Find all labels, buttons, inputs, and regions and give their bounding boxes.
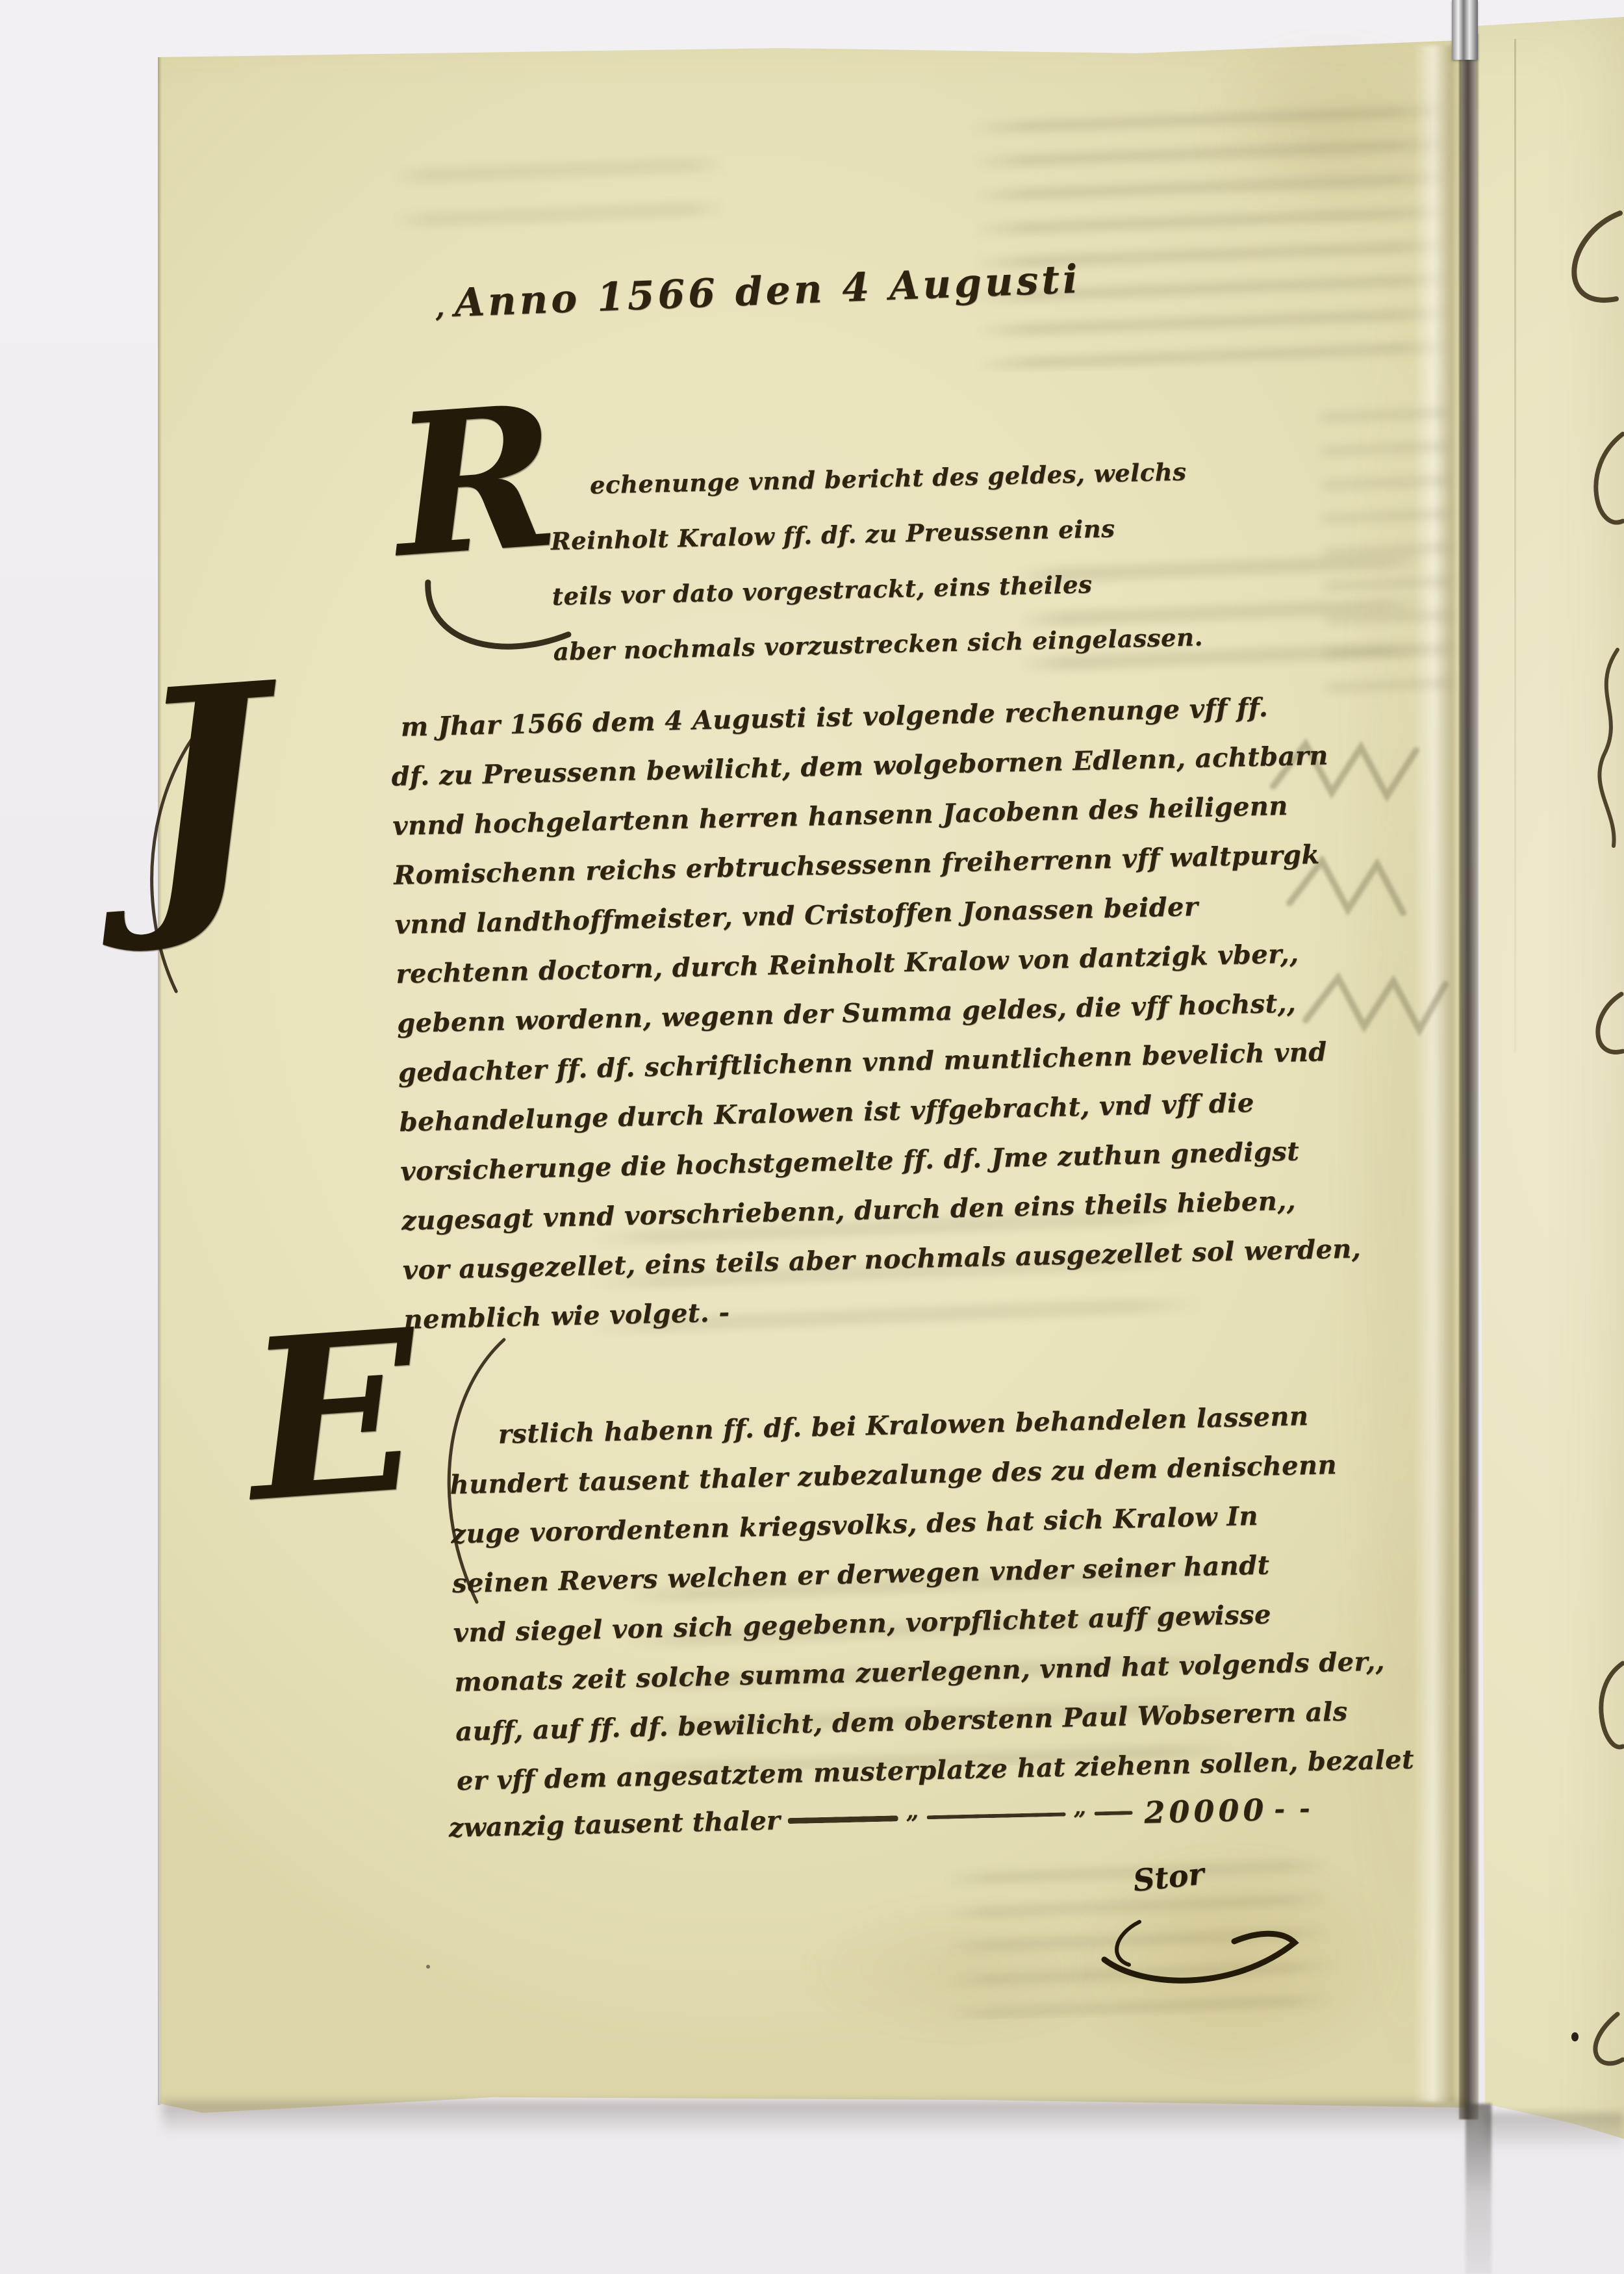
amount-value: 20000	[1144, 1785, 1269, 1837]
amount-separator: „	[1073, 1783, 1087, 1832]
dropcap-initial-E: E	[242, 1301, 425, 1533]
heading-flourish-mark: ‚	[434, 290, 448, 324]
ruled-dash	[926, 1812, 1065, 1819]
facing-page-bottom-shadow	[1485, 2113, 1624, 2152]
bleedthrough-text	[968, 91, 1454, 374]
ruled-dash	[788, 1815, 898, 1824]
amount-label: zwanzig tausent thaler	[448, 1796, 781, 1853]
ink-speck	[426, 1965, 430, 1969]
manuscript-paragraph-title: echenunge vnnd bericht des geldes, welch…	[549, 444, 1204, 680]
paraph-swoosh-flourish	[1097, 1902, 1317, 2000]
bleedthrough-text	[1312, 387, 1462, 702]
facing-page-flourish	[1553, 195, 1624, 2112]
gutter-shadow	[1465, 2104, 1491, 2274]
amount-suffix: - -	[1274, 1784, 1313, 1834]
archival-scan-viewport: { "page": { "kind": "archival manuscript…	[0, 0, 1624, 2274]
ruled-dash	[1094, 1811, 1132, 1815]
scribal-paraph: Stor	[1132, 1859, 1206, 1896]
dropcap-initial-J: J	[127, 647, 278, 935]
bleedthrough-text	[390, 133, 730, 244]
dropcap-initial-R: R	[388, 379, 564, 585]
metal-rod-icon	[1452, 0, 1478, 60]
amount-separator: „	[906, 1787, 919, 1836]
page-bottom-shadow	[162, 2101, 1468, 2135]
facing-page-crease	[1514, 39, 1516, 1053]
manuscript-paragraph-body: m Jhar 1566 dem 4 Augusti ist volgende r…	[390, 682, 1363, 1345]
manuscript-paragraph-entry: rstlich habenn ff. df. bei Kralowen beha…	[448, 1390, 1415, 1806]
page-left-edge	[158, 57, 162, 2105]
